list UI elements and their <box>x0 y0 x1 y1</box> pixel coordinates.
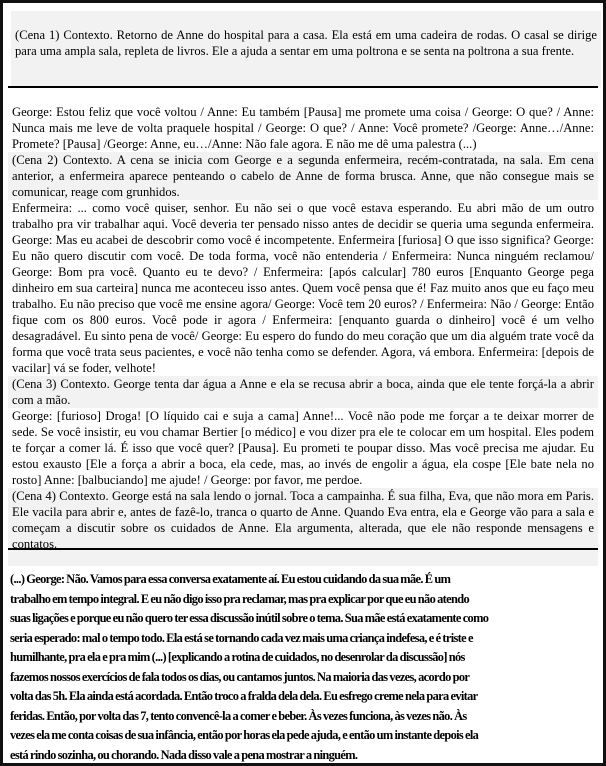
scene2-context: (Cena 2) Contexto. A cena se inicia com … <box>8 152 598 200</box>
scene1-context-text: (Cena 1) Contexto. Retorno de Anne do ho… <box>15 27 597 59</box>
dialogue-scene2: Enfermeira: ... como você quiser, senhor… <box>8 200 598 376</box>
divider-bottom <box>8 548 598 550</box>
scene1-context-box: (Cena 1) Contexto. Retorno de Anne do ho… <box>11 11 601 88</box>
scene4-context: (Cena 4) Contexto. George está na sala l… <box>8 488 598 566</box>
dialogue-scene3: George: [furioso] Droga! [O líquido cai … <box>8 408 598 488</box>
scene4-monologue: (...) George: Não. Vamos para essa conve… <box>10 570 490 765</box>
scene4-monologue-text: (...) George: Não. Vamos para essa conve… <box>10 570 490 765</box>
scene3-context: (Cena 3) Contexto. George tenta dar água… <box>8 376 598 408</box>
dialogue-scene1: George: Estou feliz que você voltou / An… <box>8 104 598 152</box>
scene-table: George: Estou feliz que você voltou / An… <box>8 104 598 566</box>
divider-top <box>8 86 598 88</box>
